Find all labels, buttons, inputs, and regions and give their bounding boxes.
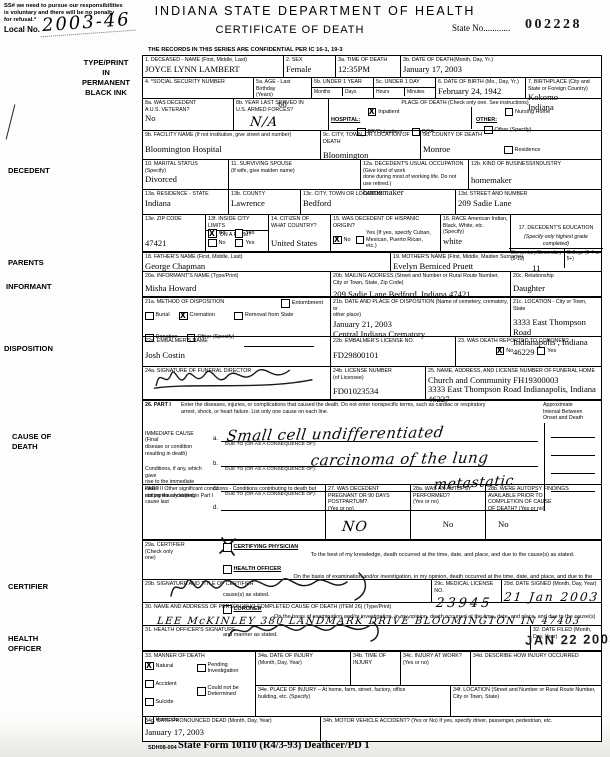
field-ssn: 4. *SOCIAL SECURITY NUMBER bbox=[143, 78, 253, 98]
confidential-note: THE RECORDS IN THIS SERIES ARE CONFIDENT… bbox=[148, 47, 343, 53]
field-veteran: 8a. WAS DECEDENT A U.S. VETERAN? No bbox=[143, 99, 233, 130]
field-funeral-home: 25. NAME, ADDRESS, AND LICENSE NUMBER OF… bbox=[425, 367, 601, 399]
field-mother-name: 19. MOTHER'S NAME (First, Middle, Maiden… bbox=[390, 253, 601, 271]
interval-line-a bbox=[551, 437, 595, 438]
row-pronounced-dead: 34g. DATE PRONOUNCED DEAD (Month, Day, Y… bbox=[143, 716, 601, 741]
informant-address-label: 20b. MAILING ADDRESS (Street and Number … bbox=[333, 273, 508, 286]
field-part2: PART II Other significant conditions - C… bbox=[143, 485, 325, 539]
residence-city-value: Bedford bbox=[303, 199, 453, 209]
local-no-label: Local No. bbox=[4, 25, 40, 34]
field-surviving-spouse: 11. SURVIVING SPOUSE (If wife, give maid… bbox=[228, 160, 360, 189]
autopsy-label: 28a. WAS AN AUTOPSY PERFORMED? (Yes or n… bbox=[413, 486, 483, 506]
certifier-signature bbox=[163, 570, 393, 604]
hours-label: Hours bbox=[376, 89, 402, 95]
manner-label: 33. MANNER OF DEATH bbox=[145, 653, 253, 660]
removal-label: Removal from State bbox=[245, 312, 294, 319]
field-informant-address: 20b. MAILING ADDRESS (Street and Number … bbox=[330, 272, 510, 296]
ssn-label: 4. *SOCIAL SECURITY NUMBER bbox=[145, 79, 251, 86]
form-title: INDIANA STATE DEPARTMENT OF HEALTH bbox=[150, 4, 480, 18]
field-date-signed: 29d. DATE SIGNED (Month, Day, Year) 21 J… bbox=[501, 580, 601, 602]
checkbox-removal-from-state bbox=[234, 312, 243, 321]
field-autopsy-findings: 28b. WERE AUTOPSY FINDINGS AVAILABLE PRI… bbox=[485, 485, 601, 539]
margin-cause-of-death: CAUSE OF DEATH bbox=[12, 432, 51, 452]
months-label: Months bbox=[314, 89, 340, 95]
date-filed-stamp: JAN 22 2003 bbox=[525, 631, 610, 648]
embalmer-license-label: 22b. EMBALMER'S LICENSE NO. bbox=[333, 338, 453, 345]
funeral-director-signature bbox=[145, 361, 325, 391]
embalmer-license-value: FD29800101 bbox=[333, 351, 453, 361]
veteran-value: No bbox=[145, 114, 231, 124]
row-manner-injury: 33. MANNER OF DEATH Natural Accident Sui… bbox=[143, 650, 601, 716]
field-industry: 12b. KIND OF BUSINESS/INDUSTRY homemaker bbox=[468, 160, 601, 189]
field-residence-county: 13b. COUNTY Lawrence bbox=[228, 190, 300, 214]
field-informant-name: 20a. INFORMANT'S NAME (Type/Print) Misha… bbox=[143, 272, 330, 296]
on-farm-no-label: No bbox=[219, 240, 226, 247]
zip-label: 13e. ZIP CODE bbox=[145, 216, 203, 223]
checkbox-natural bbox=[145, 662, 154, 671]
field-under-1-year: 5b. UNDER 1 YEAR Months Days bbox=[311, 78, 373, 98]
residence-state-value: Indiana bbox=[145, 199, 226, 209]
hospital-group-label: HOSPITAL: bbox=[331, 117, 360, 123]
race-value: white bbox=[443, 237, 508, 247]
field-time-of-death: 3a. TIME OF DEATH 12:35PM bbox=[335, 56, 400, 77]
injury-place-label: 34e. PLACE OF INJURY – At home, farm, st… bbox=[258, 687, 448, 700]
industry-value: homemaker bbox=[471, 176, 599, 186]
citizen-value: United States bbox=[271, 239, 328, 249]
relationship-value: Daughter bbox=[513, 284, 599, 294]
year-served-label: 8b. YEAR LAST SERVED IN U.S. ARMED FORCE… bbox=[236, 100, 326, 113]
autopsy-findings-value: No bbox=[498, 520, 599, 530]
certifier-label: 29a. CERTIFIER (Check only one) bbox=[145, 542, 203, 562]
injury-time-label: 34b. TIME OF INJURY bbox=[353, 653, 398, 666]
cause-line-b-value: carcinoma of the lung bbox=[310, 448, 490, 469]
place-of-death-title: PLACE OF DEATH (Check only one. See inst… bbox=[329, 99, 601, 107]
row-marital-occupation: 10. MARITAL STATUS (Specify) Divorced 11… bbox=[143, 159, 601, 189]
deceased-name-value: JOYCE LYNN LAMBERT bbox=[145, 65, 281, 75]
checkbox-on-farm-no bbox=[208, 239, 217, 248]
residence-street-label: 13d. STREET AND NUMBER bbox=[458, 191, 599, 198]
race-label: 16. RACE American Indian, Black, White, … bbox=[443, 216, 508, 236]
margin-parents: PARENTS bbox=[8, 258, 44, 268]
checkbox-certifying-physician bbox=[223, 543, 232, 552]
checkbox-on-farm-yes bbox=[235, 239, 244, 248]
pregnant-label: 27. WAS DECEDENT PREGNANT OR 90 DAYS POS… bbox=[328, 486, 408, 512]
field-disposition-place: 21b. DATE AND PLACE OF DISPOSITION (Name… bbox=[330, 298, 510, 336]
handwritten-margin-mark bbox=[6, 104, 16, 139]
sex-label: 2. SEX bbox=[286, 57, 333, 64]
residence-city-label: 13c. CITY, TOWN OR LOCATION bbox=[303, 191, 453, 198]
entombment-label: Entombment bbox=[292, 300, 323, 307]
pronounced-value: January 17, 2003 bbox=[145, 728, 318, 738]
row-funeral-director: 24a. SIGNATURE OF FUNERAL DIRECTOR 24b. … bbox=[143, 366, 601, 399]
row-facility: 9b. FACILITY NAME (If not institution, g… bbox=[143, 130, 601, 159]
father-value: George Chapman bbox=[145, 262, 388, 272]
relationship-label: 20c. Relationship bbox=[513, 273, 599, 280]
industry-label: 12b. KIND OF BUSINESS/INDUSTRY bbox=[471, 161, 599, 168]
facility-value: Bloomington Hospital bbox=[145, 145, 318, 155]
nursing-home-label: Nursing Home bbox=[515, 109, 550, 116]
field-county-of-death: 9d. COUNTY OF DEATH Monroe bbox=[420, 131, 601, 159]
field-motor-vehicle-accident: 34h. MOTOR VEHICLE ACCIDENT? (Yes or No)… bbox=[320, 717, 601, 741]
interval-header: Approximate Interval Between Onset and D… bbox=[543, 402, 599, 422]
checkbox-accident bbox=[145, 680, 154, 689]
row-certifier-signature: 29b. SIGNATURE AND TITLE OF CERTIFIER 29… bbox=[143, 579, 601, 602]
field-zip: 13e. ZIP CODE 47421 bbox=[143, 215, 205, 251]
field-facility-name: 9b. FACILITY NAME (If not institution, g… bbox=[143, 131, 320, 159]
margin-type-print: TYPE/PRINT IN PERMANENT BLACK INK bbox=[72, 58, 140, 97]
facility-label: 9b. FACILITY NAME (If not institution, g… bbox=[145, 132, 318, 139]
checkbox-entombment bbox=[281, 299, 290, 308]
coroner-question-label: 23. WAS DEATH REPORTED TO CORONER? bbox=[458, 338, 599, 345]
sex-value: Female bbox=[286, 65, 333, 75]
field-place-of-death: PLACE OF DEATH (Check only one. See inst… bbox=[328, 99, 601, 130]
immediate-cause-label: IMMEDIATE CAUSE (Final disease or condit… bbox=[145, 431, 207, 457]
funeral-director-license-value: FD01023534 bbox=[333, 387, 423, 397]
natural-label: Natural bbox=[156, 663, 174, 670]
checkbox-inside-city-yes bbox=[235, 229, 244, 238]
field-funeral-director-signature: 24a. SIGNATURE OF FUNERAL DIRECTOR bbox=[143, 367, 330, 399]
residence-county-value: Lawrence bbox=[231, 199, 298, 209]
row-informant: 20a. INFORMANT'S NAME (Type/Print) Misha… bbox=[143, 271, 601, 296]
city-of-death-label: 9c. CITY, TOWN, OR LOCATION OF DEATH bbox=[323, 132, 418, 145]
age-label: 5a. AGE - Last Birthday (Years) bbox=[256, 79, 309, 99]
row-part2-autopsy: PART II Other significant conditions - C… bbox=[143, 484, 601, 539]
date-of-death-value: January 17, 2003 bbox=[403, 65, 599, 75]
autopsy-findings-label: 28b. WERE AUTOPSY FINDINGS AVAILABLE PRI… bbox=[488, 486, 599, 512]
under-1-year-label: 5b. UNDER 1 YEAR bbox=[314, 79, 371, 86]
margin-decedent: DECEDENT bbox=[8, 166, 50, 176]
field-year-served: 8b. YEAR LAST SERVED IN U.S. ARMED FORCE… bbox=[233, 99, 328, 130]
other-group-label: OTHER: bbox=[476, 117, 497, 123]
footer-code: SDH08-004 bbox=[148, 745, 177, 751]
field-father-name: 18. FATHER'S NAME (First, Middle, Last) … bbox=[143, 253, 390, 271]
marital-value: Divorced bbox=[145, 175, 226, 185]
coroner-yes-label: Yes bbox=[547, 348, 556, 355]
funeral-home-label: 25. NAME, ADDRESS, AND LICENSE NUMBER OF… bbox=[428, 368, 599, 375]
field-injury-time: 34b. TIME OF INJURY bbox=[350, 652, 400, 685]
date-signed-label: 29d. DATE SIGNED (Month, Day, Year) bbox=[504, 581, 599, 588]
accident-label: Accident bbox=[156, 681, 177, 688]
coroner-no-label: No bbox=[506, 348, 513, 355]
injury-date-label: 34a. DATE OF INJURY (Month, Day, Year) bbox=[258, 653, 348, 666]
field-disposition-location: 21c. LOCATION - City or Town, State 3333… bbox=[510, 298, 601, 336]
residence-state-label: 13a. RESIDENCE - STATE bbox=[145, 191, 226, 198]
birthplace-label: 7. BIRTHPLACE (City and State or Foreign… bbox=[528, 79, 599, 92]
informant-value: Misha Howard bbox=[145, 284, 328, 294]
field-autopsy: 28a. WAS AN AUTOPSY PERFORMED? (Yes or n… bbox=[410, 485, 485, 539]
field-injury-location: 34f. LOCATION (Street and Number or Rura… bbox=[450, 686, 601, 716]
field-method-of-disposition: 21a. METHOD OF DISPOSITION Entombment Bu… bbox=[143, 298, 330, 336]
residence-street-value: 209 Sadie Lane bbox=[458, 199, 599, 209]
field-under-1-day: 5c. UNDER 1 DAY Hours Minutes bbox=[373, 78, 435, 98]
field-hispanic-origin: 15. WAS DECEDENT OF HISPANIC ORIGIN? No … bbox=[330, 215, 440, 251]
inpatient-label: Inpatient bbox=[378, 109, 399, 116]
field-education: 17. DECEDENT'S EDUCATION (Specify only h… bbox=[510, 215, 601, 251]
field-health-officer-signature: 31. HEALTH OFFICER'S SIGNATURE bbox=[143, 626, 530, 650]
row-deceased: 1. DECEASED - NAME (First, Middle, Last)… bbox=[143, 56, 601, 77]
deceased-name-label: 1. DECEASED - NAME (First, Middle, Last) bbox=[145, 57, 281, 64]
pregnant-value: NO bbox=[341, 519, 368, 535]
on-farm-yes-label: Yes bbox=[245, 240, 254, 247]
form-subtitle: CERTIFICATE OF DEATH bbox=[150, 24, 430, 36]
part1-instructions: Enter the diseases, injuries, or complic… bbox=[181, 402, 543, 422]
injury-at-work-label: 34c. INJURY AT WORK? (Yes or no) bbox=[403, 653, 468, 666]
field-residence-state: 13a. RESIDENCE - STATE Indiana bbox=[143, 190, 228, 214]
hispanic-label: 15. WAS DECEDENT OF HISPANIC ORIGIN? bbox=[333, 216, 438, 229]
field-age: 5a. AGE - Last Birthday (Years) 60 bbox=[253, 78, 311, 98]
veteran-label: 8a. WAS DECEDENT A U.S. VETERAN? bbox=[145, 100, 231, 113]
could-not-label: Could not be Determined bbox=[208, 685, 239, 698]
education-label: 17. DECEDENT'S EDUCATION bbox=[519, 225, 594, 231]
field-birthplace: 7. BIRTHPLACE (City and State or Foreign… bbox=[525, 78, 601, 98]
field-date-of-birth: 6. DATE OF BIRTH (Mo., Day, Yr.) Februar… bbox=[435, 78, 525, 98]
interval-line-c bbox=[551, 473, 595, 474]
certifying-physician-label: CERTIFYING PHYSICIAN bbox=[234, 544, 299, 550]
field-relationship: 20c. Relationship Daughter bbox=[510, 272, 601, 296]
checkbox-pending-investigation bbox=[197, 664, 206, 673]
county-of-death-label: 9d. COUNTY OF DEATH bbox=[423, 132, 599, 139]
row-veteran-place-of-death: 8a. WAS DECEDENT A U.S. VETERAN? No 8b. … bbox=[143, 98, 601, 130]
minutes-label: Minutes bbox=[407, 89, 433, 95]
inside-city-limits-label: 13f. INSIDE CITY LIMITS bbox=[208, 216, 266, 229]
field-residence-street: 13d. STREET AND NUMBER 209 Sadie Lane bbox=[455, 190, 601, 214]
funeral-director-license-label: 24b. LICENSE NUMBER (of Licensee) bbox=[333, 368, 423, 381]
father-label: 18. FATHER'S NAME (First, Middle, Last) bbox=[145, 254, 388, 261]
checkbox-inside-city-no bbox=[208, 229, 217, 238]
marital-label: 10. MARITAL STATUS (Specify) bbox=[145, 161, 226, 174]
field-injury-date: 34a. DATE OF INJURY (Month, Day, Year) bbox=[255, 652, 350, 685]
autopsy-value: No bbox=[413, 520, 483, 530]
checkbox-suicide bbox=[145, 698, 154, 707]
field-certifier-signature: 29b. SIGNATURE AND TITLE OF CERTIFIER bbox=[143, 580, 431, 602]
state-no-value: 002228 bbox=[525, 17, 582, 33]
checkbox-inpatient bbox=[368, 108, 377, 117]
dob-label: 6. DATE OF BIRTH (Mo., Day, Yr.) bbox=[438, 79, 523, 86]
field-funeral-director-license: 24b. LICENSE NUMBER (of Licensee) FD0102… bbox=[330, 367, 425, 399]
pronounced-label: 34g. DATE PRONOUNCED DEAD (Month, Day, Y… bbox=[145, 718, 318, 725]
health-officer-signature bbox=[223, 618, 393, 644]
mother-label: 19. MOTHER'S NAME (First, Middle, Maiden… bbox=[393, 254, 599, 261]
citizen-label: 14. CITIZEN OF WHAT COUNTRY? bbox=[271, 216, 328, 229]
mva-label: 34h. MOTOR VEHICLE ACCIDENT? (Yes or No)… bbox=[323, 718, 599, 725]
margin-disposition: DISPOSITION bbox=[4, 344, 53, 354]
checkbox-coroner-no bbox=[496, 347, 505, 356]
injury-location-label: 34f. LOCATION (Street and Number or Rura… bbox=[453, 687, 599, 700]
checkbox-coroner-yes bbox=[537, 347, 546, 356]
hispanic-yes-label: Yes (If yes, specify Cuban, Mexican, Pue… bbox=[366, 230, 433, 250]
field-medical-license: 29c. MEDICAL LICENSE NO. 23945 bbox=[431, 580, 501, 602]
field-date-of-death: 3b. DATE OF DEATH(Month, Day, Yr.) Janua… bbox=[400, 56, 601, 77]
row-parents: 18. FATHER'S NAME (First, Middle, Last) … bbox=[143, 251, 601, 271]
field-deceased-name: 1. DECEASED - NAME (First, Middle, Last)… bbox=[143, 56, 283, 77]
part2-label: PART II Other significant conditions - C… bbox=[145, 486, 323, 499]
time-of-death-value: 12:35PM bbox=[338, 65, 398, 75]
occupation-label: 12a. DECEDENT'S USUAL OCCUPATION (Give k… bbox=[363, 161, 466, 187]
residence-county-label: 13b. COUNTY bbox=[231, 191, 298, 198]
method-label: 21a. METHOD OF DISPOSITION bbox=[145, 299, 224, 308]
field-reported-to-coroner: 23. WAS DEATH REPORTED TO CORONER? No Ye… bbox=[455, 337, 601, 366]
footer-form-number: State Form 10110 (R4/3-93) Deathcer/PD 1 bbox=[178, 740, 370, 751]
field-injury-place: 34e. PLACE OF INJURY – At home, farm, st… bbox=[255, 686, 450, 716]
field-marital-status: 10. MARITAL STATUS (Specify) Divorced bbox=[143, 160, 228, 189]
margin-health-officer: HEALTH OFFICER bbox=[8, 634, 41, 654]
field-pregnant: 27. WAS DECEDENT PREGNANT OR 90 DAYS POS… bbox=[325, 485, 410, 539]
date-of-death-label: 3b. DATE OF DEATH(Month, Day, Yr.) bbox=[403, 57, 599, 64]
medical-license-label: 29c. MEDICAL LICENSE NO. bbox=[434, 581, 499, 594]
field-injury-how: 34d. DESCRIBE HOW INJURY OCCURRED bbox=[470, 652, 601, 685]
field-date-pronounced-dead: 34g. DATE PRONOUNCED DEAD (Month, Day, Y… bbox=[143, 717, 320, 741]
field-citizen: 14. CITIZEN OF WHAT COUNTRY? United Stat… bbox=[268, 215, 330, 251]
checkbox-burial bbox=[145, 312, 154, 321]
hispanic-no-label: No bbox=[344, 237, 351, 244]
field-city-of-death: 9c. CITY, TOWN, OR LOCATION OF DEATH Blo… bbox=[320, 131, 420, 159]
zip-value: 47421 bbox=[145, 239, 203, 249]
county-of-death-value: Monroe bbox=[423, 145, 599, 155]
suicide-label: Suicide bbox=[156, 699, 174, 706]
year-served-value: N/A bbox=[249, 115, 279, 130]
row-ssn-age-dob: 4. *SOCIAL SECURITY NUMBER 5a. AGE - Las… bbox=[143, 77, 601, 98]
margin-informant: INFORMANT bbox=[6, 282, 52, 292]
certifying-physician-text: To the best of my knowledge, death occur… bbox=[311, 552, 575, 558]
field-manner-of-death: 33. MANNER OF DEATH Natural Accident Sui… bbox=[143, 652, 255, 716]
interval-line-b bbox=[551, 455, 595, 456]
field-sex: 2. SEX Female bbox=[283, 56, 335, 77]
row-cause-of-death: 26. PART I Enter the diseases, injuries,… bbox=[143, 399, 601, 484]
mother-value: Evelyn Berniced Pruett bbox=[393, 262, 599, 272]
pending-label: Pending Investigation bbox=[208, 662, 239, 675]
checkbox-nursing-home bbox=[505, 108, 514, 117]
disposition-place-label: 21b. DATE AND PLACE OF DISPOSITION (Name… bbox=[333, 299, 508, 319]
disposition-location-label: 21c. LOCATION - City or Town, State bbox=[513, 299, 599, 312]
checkbox-hispanic-yes bbox=[356, 236, 365, 245]
education-sublabel: (Specify only highest grade completed) bbox=[511, 234, 601, 247]
field-date-filed: 32. DATE FILED (Month, Day, Year) JAN 22… bbox=[530, 626, 601, 650]
field-city-limits-farm: 13f. INSIDE CITY LIMITS No Yes 13g. ON A… bbox=[205, 215, 268, 251]
informant-label: 20a. INFORMANT'S NAME (Type/Print) bbox=[145, 273, 328, 280]
field-occupation: 12a. DECEDENT'S USUAL OCCUPATION (Give k… bbox=[360, 160, 468, 189]
days-label: Days bbox=[345, 89, 371, 95]
field-embalmer-license: 22b. EMBALMER'S LICENSE NO. FD29800101 bbox=[330, 337, 455, 366]
row-zip-citizen-race: 13e. ZIP CODE 47421 13f. INSIDE CITY LIM… bbox=[143, 214, 601, 251]
line-b-letter: b. bbox=[213, 461, 218, 467]
embalmer-value: Josh Costin bbox=[145, 351, 328, 361]
checkbox-hispanic-no bbox=[333, 236, 342, 245]
cremation-label: Cremation bbox=[190, 312, 215, 319]
time-of-death-label: 3a. TIME OF DEATH bbox=[338, 57, 398, 64]
field-residence-city: 13c. CITY, TOWN OR LOCATION Bedford bbox=[300, 190, 455, 214]
burial-label: Burial bbox=[156, 312, 170, 319]
dob-value: February 24, 1942 bbox=[438, 87, 523, 97]
field-injury-at-work: 34c. INJURY AT WORK? (Yes or no) bbox=[400, 652, 470, 685]
margin-certifier: CERTIFIER bbox=[8, 582, 48, 592]
checkbox-could-not-be-determined bbox=[197, 687, 206, 696]
field-race: 16. RACE American Indian, Black, White, … bbox=[440, 215, 510, 251]
certificate-form: 1. DECEASED - NAME (First, Middle, Last)… bbox=[142, 55, 602, 742]
spouse-label: 11. SURVIVING SPOUSE (If wife, give maid… bbox=[231, 161, 358, 174]
completer-label: 30. NAME AND ADDRESS OF PERSON WHO COMPL… bbox=[145, 604, 599, 611]
checkbox-cremation bbox=[179, 312, 188, 321]
part1-label: 26. PART I bbox=[145, 402, 181, 422]
state-no-label: State No............ bbox=[452, 23, 510, 33]
embalmer-label: 22a. EMBALMER'S NAME bbox=[145, 338, 328, 345]
line-a-letter: a. bbox=[213, 436, 218, 442]
row-residence: 13a. RESIDENCE - STATE Indiana 13b. COUN… bbox=[143, 189, 601, 214]
row-health-officer: 31. HEALTH OFFICER'S SIGNATURE 32. DATE … bbox=[143, 625, 601, 650]
row-disposition: 21a. METHOD OF DISPOSITION Entombment Bu… bbox=[143, 296, 601, 336]
under-1-day-label: 5c. UNDER 1 DAY bbox=[376, 79, 433, 86]
injury-how-label: 34d. DESCRIBE HOW INJURY OCCURRED bbox=[473, 653, 599, 660]
cause-line-a-value: Small cell undifferentiated bbox=[226, 423, 445, 445]
